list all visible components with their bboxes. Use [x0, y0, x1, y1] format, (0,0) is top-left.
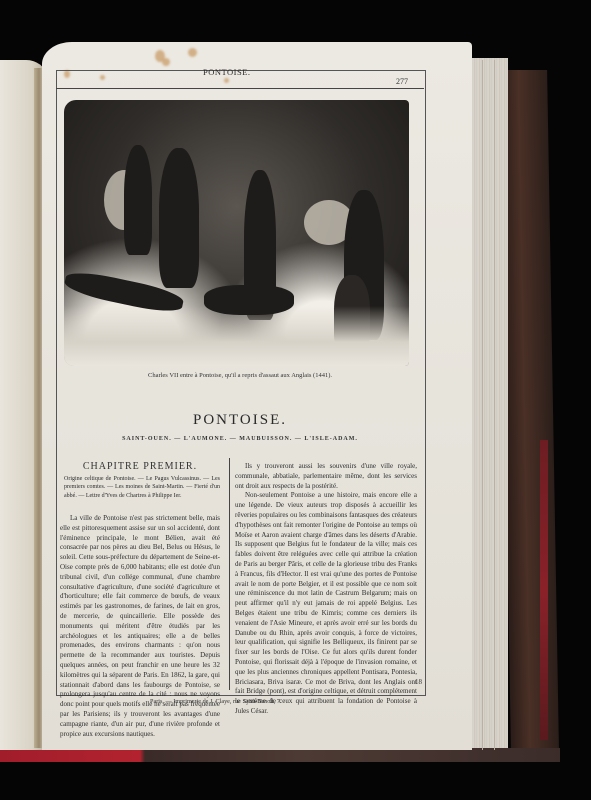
page-subtitle: SAINT-OUEN. — L'AUMONE. — MAUBUISSON. — …	[60, 436, 420, 442]
page-number: 277	[396, 77, 408, 86]
illustration-caption: Charles VII entre à Pontoise, qu'il a re…	[60, 372, 420, 379]
book-cover-edge	[499, 70, 559, 750]
book-cover-bottom	[0, 748, 560, 762]
chapter-heading: CHAPITRE PREMIER.	[60, 462, 220, 472]
body-paragraph: La ville de Pontoise n'est pas stricteme…	[60, 514, 220, 739]
fallen-figure	[204, 285, 294, 315]
header-rule	[56, 88, 424, 89]
printer-imprint: Paris. — Imprimerie de J. Claye, rue Sai…	[150, 698, 281, 705]
knight-figure	[124, 145, 152, 255]
signature-mark: 18	[415, 678, 422, 686]
body-paragraph: Non-seulement Pontoise a une histoire, m…	[235, 491, 417, 716]
chapter-summary: Origine celtique de Pontoise. — Le Pagus…	[60, 475, 220, 500]
page-stack-line	[494, 60, 495, 750]
foxing-stain	[162, 58, 170, 66]
running-head: PONTOISE.	[203, 67, 251, 77]
column-divider	[229, 458, 230, 690]
ground	[64, 306, 409, 366]
foxing-stain	[188, 48, 197, 57]
engraving-illustration	[64, 100, 409, 366]
cover-red-binding	[540, 440, 548, 740]
right-column: Ils y trouveront aussi les souvenirs d'u…	[235, 462, 417, 717]
page-stack-line	[482, 60, 483, 750]
page-title: PONTOISE.	[60, 412, 420, 429]
knight-figure	[159, 148, 199, 288]
body-paragraph: Ils y trouveront aussi les souvenirs d'u…	[235, 462, 417, 491]
